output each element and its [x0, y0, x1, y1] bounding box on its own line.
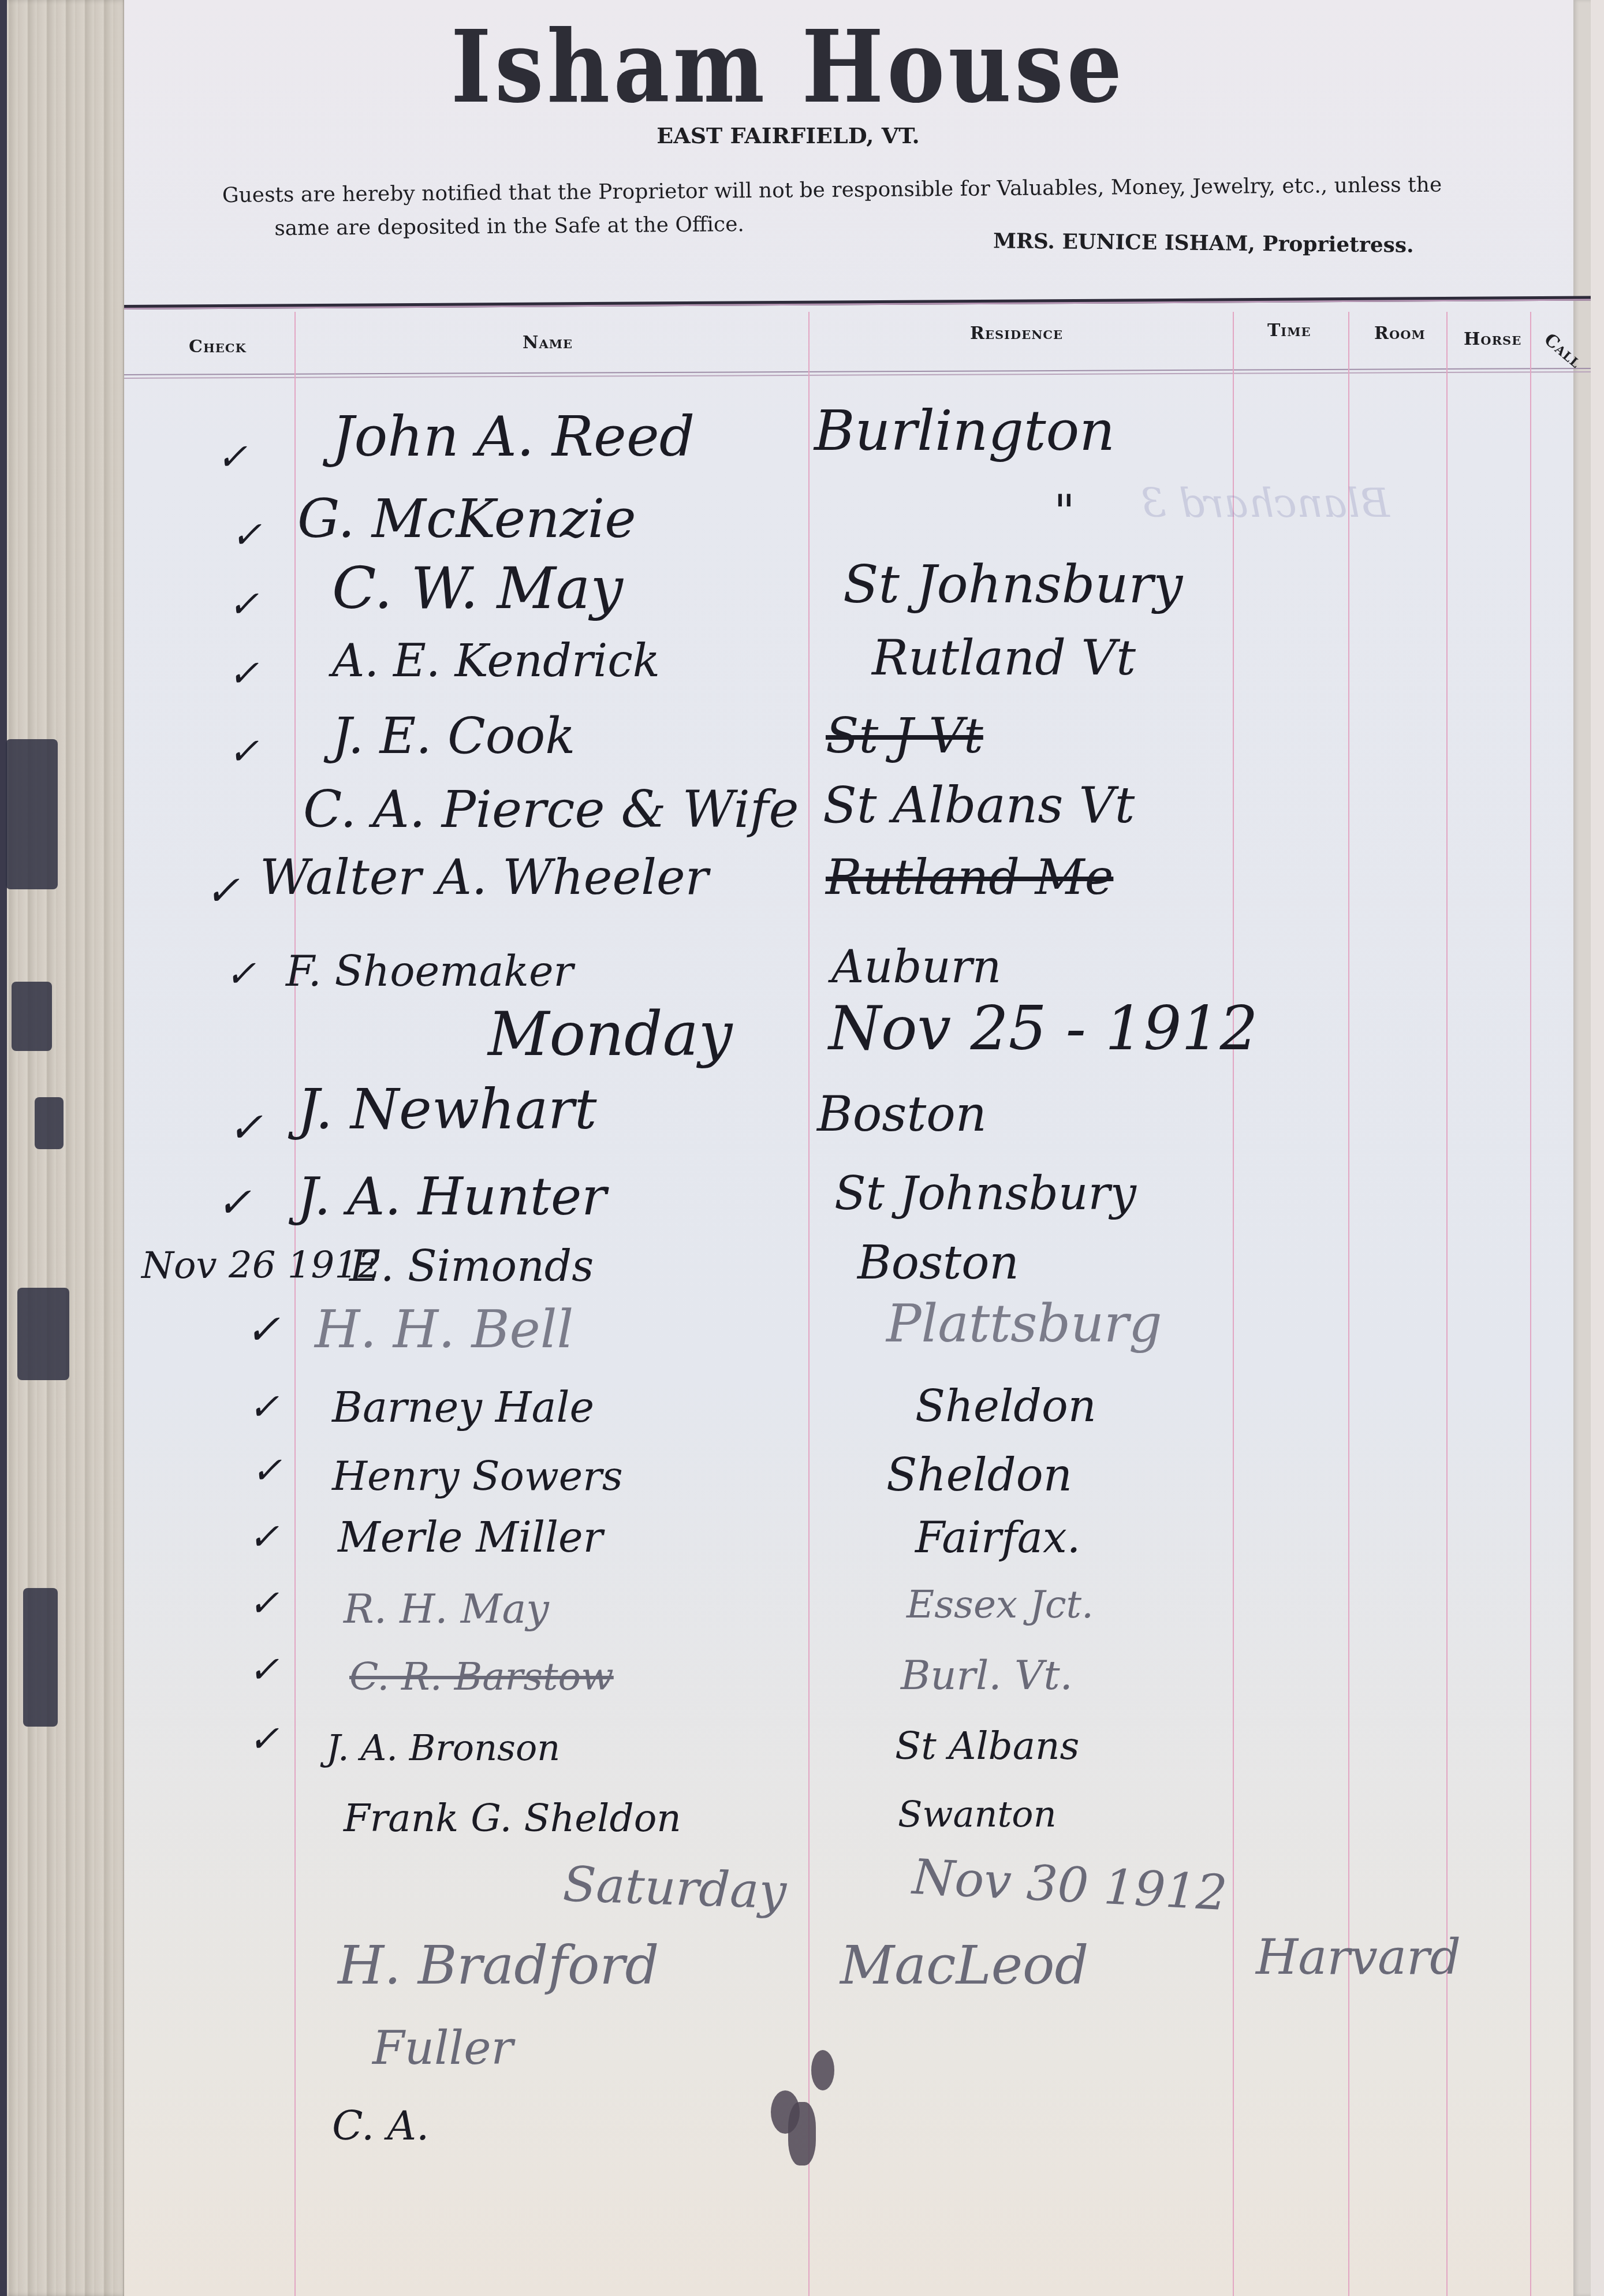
guest-name: Barney Hale	[332, 1383, 594, 1432]
guest-name: G. McKenzie	[297, 488, 636, 550]
guest-residence: Fairfax.	[915, 1513, 1080, 1563]
date-line-date: Nov 25 - 1912	[829, 993, 1258, 1064]
check-mark: ✓	[248, 1516, 279, 1559]
guest-residence: Auburn	[831, 941, 1001, 993]
guest-name: F. Shoemaker	[286, 947, 573, 996]
column-divider	[1233, 312, 1234, 2296]
guest-name: C. A. Pierce & Wife	[303, 780, 799, 839]
guest-residence: St Johnsbury	[843, 554, 1183, 615]
bleed-through-text: Blanchard 3	[1140, 479, 1390, 527]
guest-residence: Burl. Vt.	[901, 1652, 1073, 1699]
guest-residence: Rutland Me	[826, 849, 1113, 905]
ink-stain	[23, 1588, 58, 1727]
guest-residence: St Albans	[895, 1724, 1079, 1768]
guest-name: John A. Reed	[332, 404, 695, 469]
check-mark: ✓	[245, 1305, 280, 1354]
guest-residence: St Albans Vt	[823, 777, 1135, 834]
column-header-horse: Horse	[1464, 329, 1521, 349]
check-mark: ✓	[225, 953, 256, 996]
guest-residence: St Johnsbury	[834, 1166, 1136, 1220]
guest-name: C. A.	[332, 2102, 429, 2149]
check-mark: ✓	[228, 730, 259, 773]
ink-stain	[17, 1288, 69, 1380]
guest-residence: "	[1054, 485, 1075, 539]
guest-name: Frank G. Sheldon	[344, 1796, 681, 1840]
guest-name: H. H. Bell	[315, 1299, 573, 1360]
guest-name: Henry Sowers	[332, 1452, 623, 1500]
guest-name: Walter A. Wheeler	[260, 849, 708, 905]
column-header-check: Check	[189, 337, 247, 357]
check-mark: ✓	[248, 1649, 279, 1691]
header-rule-top	[124, 296, 1591, 310]
check-mark: ✓	[248, 1386, 279, 1429]
guest-residence: Plattsburg	[886, 1294, 1162, 1354]
guest-name: J. A. Hunter	[297, 1166, 606, 1227]
guest-residence: MacLeod	[840, 1935, 1088, 1996]
guest-name: E. Simonds	[349, 1242, 594, 1291]
guest-residence: St J Vt	[826, 707, 983, 764]
column-divider	[1348, 312, 1349, 2296]
ink-blot	[788, 2102, 816, 2165]
ink-stain	[6, 739, 58, 889]
book-cover-edge	[0, 0, 7, 2296]
column-divider	[1530, 312, 1531, 2296]
guest-residence: Sheldon	[886, 1449, 1072, 1501]
guest-name: J. Newhart	[297, 1077, 597, 1142]
check-mark: ✓	[205, 866, 240, 915]
guest-name: Merle Miller	[338, 1513, 603, 1561]
ink-blot	[811, 2050, 834, 2090]
guest-residence: Rutland Vt	[872, 629, 1136, 686]
notice-line-1: Guests are hereby notified that the Prop…	[222, 173, 1442, 207]
column-header-name: Name	[523, 333, 573, 353]
proprietress: MRS. EUNICE ISHAM, Proprietress.	[993, 229, 1414, 258]
guest-name: H. Bradford	[338, 1935, 659, 1996]
check-mark: ✓	[217, 436, 248, 479]
check-mark: ✓	[217, 1178, 251, 1227]
hotel-location: EAST FAIRFIELD, VT.	[55, 122, 1521, 148]
check-mark: ✓	[231, 514, 262, 557]
header-rule-bottom	[124, 368, 1591, 379]
guest-residence: Burlington	[814, 398, 1115, 463]
guest-name: C. W. May	[332, 554, 623, 622]
column-header-residence: Residence	[970, 323, 1063, 344]
check-mark: ✓	[228, 583, 259, 626]
column-divider	[808, 312, 810, 2296]
guest-name: C. R. Barstow	[349, 1654, 614, 1699]
register-page: Isham House EAST FAIRFIELD, VT. Guests a…	[124, 0, 1591, 2296]
guest-name: A. E. Kendrick	[332, 635, 660, 687]
guest-name: Fuller	[372, 2021, 513, 2075]
guest-residence: Essex Jct.	[907, 1582, 1094, 1627]
check-mark: ✓	[251, 1449, 282, 1492]
ink-stain	[35, 1097, 64, 1149]
check-mark: ✓	[248, 1582, 279, 1625]
check-mark: ✓	[248, 1718, 279, 1761]
guest-name: J. A. Bronson	[326, 1727, 560, 1769]
date-line-day: Monday	[488, 999, 732, 1069]
guest-extra: Harvard	[1256, 1929, 1461, 1985]
guest-name: R. H. May	[344, 1585, 549, 1632]
date-note: Nov 26 1912	[141, 1244, 382, 1287]
page-right-edge	[1573, 0, 1591, 2296]
check-mark: ✓	[228, 1103, 263, 1151]
guest-residence: Sheldon	[915, 1380, 1096, 1432]
column-header-room: Room	[1374, 323, 1426, 344]
guest-residence: Boston	[857, 1236, 1019, 1289]
guest-residence: Boston	[817, 1086, 987, 1142]
guest-residence: Swanton	[898, 1793, 1057, 1835]
hotel-title: Isham House	[55, 9, 1521, 125]
guest-name: J. E. Cook	[332, 707, 575, 765]
column-divider	[294, 312, 296, 2296]
check-mark: ✓	[228, 653, 259, 695]
column-divider	[1446, 312, 1448, 2296]
column-header-time: Time	[1267, 320, 1311, 341]
date-line-date: Nov 30 1912	[911, 1848, 1229, 1921]
ink-stain	[12, 982, 52, 1051]
book-page-edges	[0, 0, 127, 2296]
date-line-day: Saturday	[562, 1855, 787, 1919]
